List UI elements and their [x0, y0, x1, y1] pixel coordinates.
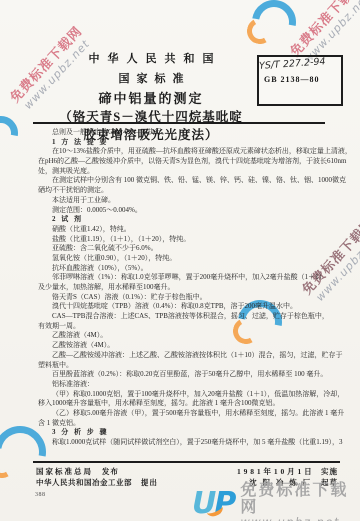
printed-standard-number: GB 2138—80 — [264, 75, 320, 84]
body-line: 测定范围：0.0005～0.004%。 — [38, 206, 328, 216]
proposer-name: 中华人民共和国冶金工业部 — [36, 478, 132, 487]
site-brand-logo: UP 免费标准下载网 www.upbz.net — [192, 481, 360, 521]
body-line: 抗坏血酸溶液（10%），（5%）。 — [38, 264, 328, 274]
body-line: 乙酸溶液（4M）。 — [38, 331, 328, 341]
implement-group: 1 9 8 1 年 1 0 月 1 日 实施 — [237, 466, 338, 477]
body-line: 乙酸—乙酸铵缓冲溶液：上述乙酸、乙酸铵溶液按体积比（1＋10）混合，摇匀，过滤，… — [38, 351, 328, 361]
footer-divider — [33, 461, 340, 463]
body-line: 硝酸（比重1.42），特纯。 — [38, 225, 328, 235]
brand-swirl-icon — [252, 0, 296, 44]
section-heading: 2 试 剂 — [38, 215, 328, 225]
body-line: 及少量水，加热溶解，用水稀释至100毫升。 — [38, 283, 328, 293]
implement-date: 1 9 8 1 年 1 0 月 1 日 — [237, 467, 312, 476]
body-line: （甲）称取0.1000克铝，置于100毫升烧杯中，加入20毫升盐酸（1＋1），低… — [38, 390, 328, 400]
body-line: 邻菲啰啉溶液（1%）：称取1.0克邻菲啰啉，置于200毫升烧杯中，加入2毫升盐酸… — [38, 273, 328, 283]
section-heading: 1 方 法 提 要 — [38, 138, 328, 148]
header-divider — [33, 122, 325, 124]
body-line: 总则及一般规定按GB 1467—78执行。 — [38, 128, 328, 138]
implement-action: 实施 — [321, 467, 338, 476]
scanned-standard-page: 免费标准下载网 www.upbz.net 免费标准下载网 www.upbz.ne… — [0, 0, 360, 521]
body-line: 硒均不干扰铝的测定。 — [38, 186, 328, 196]
body-line: 有效期一周。 — [38, 322, 328, 332]
proposer-group: 中华人民共和国冶金工业部 提出 — [36, 477, 158, 488]
body-line: 本法适用于工业碲。 — [38, 196, 328, 206]
brand-text: 免费标准下载网 www.upbz.net — [240, 481, 360, 521]
page-number: 388 — [35, 492, 46, 498]
body-line: 处，测其吸光度。 — [38, 167, 328, 177]
body-line: 氢氧化铵（比重0.90），（1＋20），特纯。 — [38, 254, 328, 264]
body-line: 含 1 微克铝。 — [38, 419, 328, 429]
body-line: 移入1000毫升容量瓶中，用水稀释至刻度，摇匀。此溶液 1 毫升含100微克铝。 — [38, 399, 328, 409]
body-line: 乙酸铵溶液（4M）。 — [38, 341, 328, 351]
standard-number-stamp: YS/T 227.2-94 GB 2138—80 — [257, 55, 343, 106]
body-text: 总则及一般规定按GB 1467—78执行。1 方 法 提 要在10～13%盐酸介… — [38, 128, 328, 448]
section-heading: 3 分 析 步 骤 — [38, 428, 328, 438]
body-line: 在10～13%盐酸介质中，用亚硫酸—抗坏血酸将亚碲酸还原成元素碲状态析出，移取定… — [38, 147, 328, 157]
body-line: 百里酚蓝溶液（0.2%）：称取0.20克百里酚蓝，溶于50毫升乙醇中，用水稀释至… — [38, 370, 328, 380]
issuer-group: 国家标准总局 发布 — [36, 466, 119, 477]
body-line: 盐酸（比重1.19），（1＋1），（1＋20），特纯。 — [38, 235, 328, 245]
body-line: 铬天青S（CAS）溶液（0.1%）：贮存于棕色瓶中。 — [38, 293, 328, 303]
issuer-action: 发布 — [102, 467, 119, 476]
footer-line-1: 国家标准总局 发布 1 9 8 1 年 1 0 月 1 日 实施 — [36, 466, 338, 477]
body-line: 亚硫酸：含二氧化硫不少于6.0%。 — [38, 244, 328, 254]
body-line: 溴代十四烷基吡啶（TPB）溶液（0.4%）：称取0.8克TPB，溶于200毫升温… — [38, 302, 328, 312]
body-line: 铝标准溶液： — [38, 380, 328, 390]
brand-site-name: 免费标准下载网 — [240, 481, 360, 516]
body-line: （乙）移取5.00毫升溶液（甲），置于500毫升容量瓶中，用水稀释至刻度，摇匀。… — [38, 409, 328, 419]
handwritten-standard-number: YS/T 227.2-94 — [259, 55, 342, 72]
proposer-action: 提出 — [141, 478, 158, 487]
body-line: 称取1.0000克试样（随同试样做试剂空白），置于250毫升烧杯中，加 5 毫升… — [38, 438, 328, 448]
body-line: 在测定试样中分别含有 100 微克铜、铁、铅、锰、镁、锌、钙、硅、镍、铬、钛、铟… — [38, 176, 328, 186]
body-line: 塑料瓶中。 — [38, 361, 328, 371]
issuer-name: 国家标准总局 — [36, 467, 93, 476]
brand-site-url: www.upbz.net — [240, 516, 360, 521]
up-logo-icon: UP — [192, 489, 234, 519]
body-line: 在pH6的乙酸—乙酸铵缓冲介质中，以铬天青S为显色剂，溴代十四烷基吡啶为增溶剂，… — [38, 157, 328, 167]
body-line: CAS—TPB混合溶液：上述CAS、TPB溶液按等体积混合，摇匀、过滤，贮存于棕… — [38, 312, 328, 322]
